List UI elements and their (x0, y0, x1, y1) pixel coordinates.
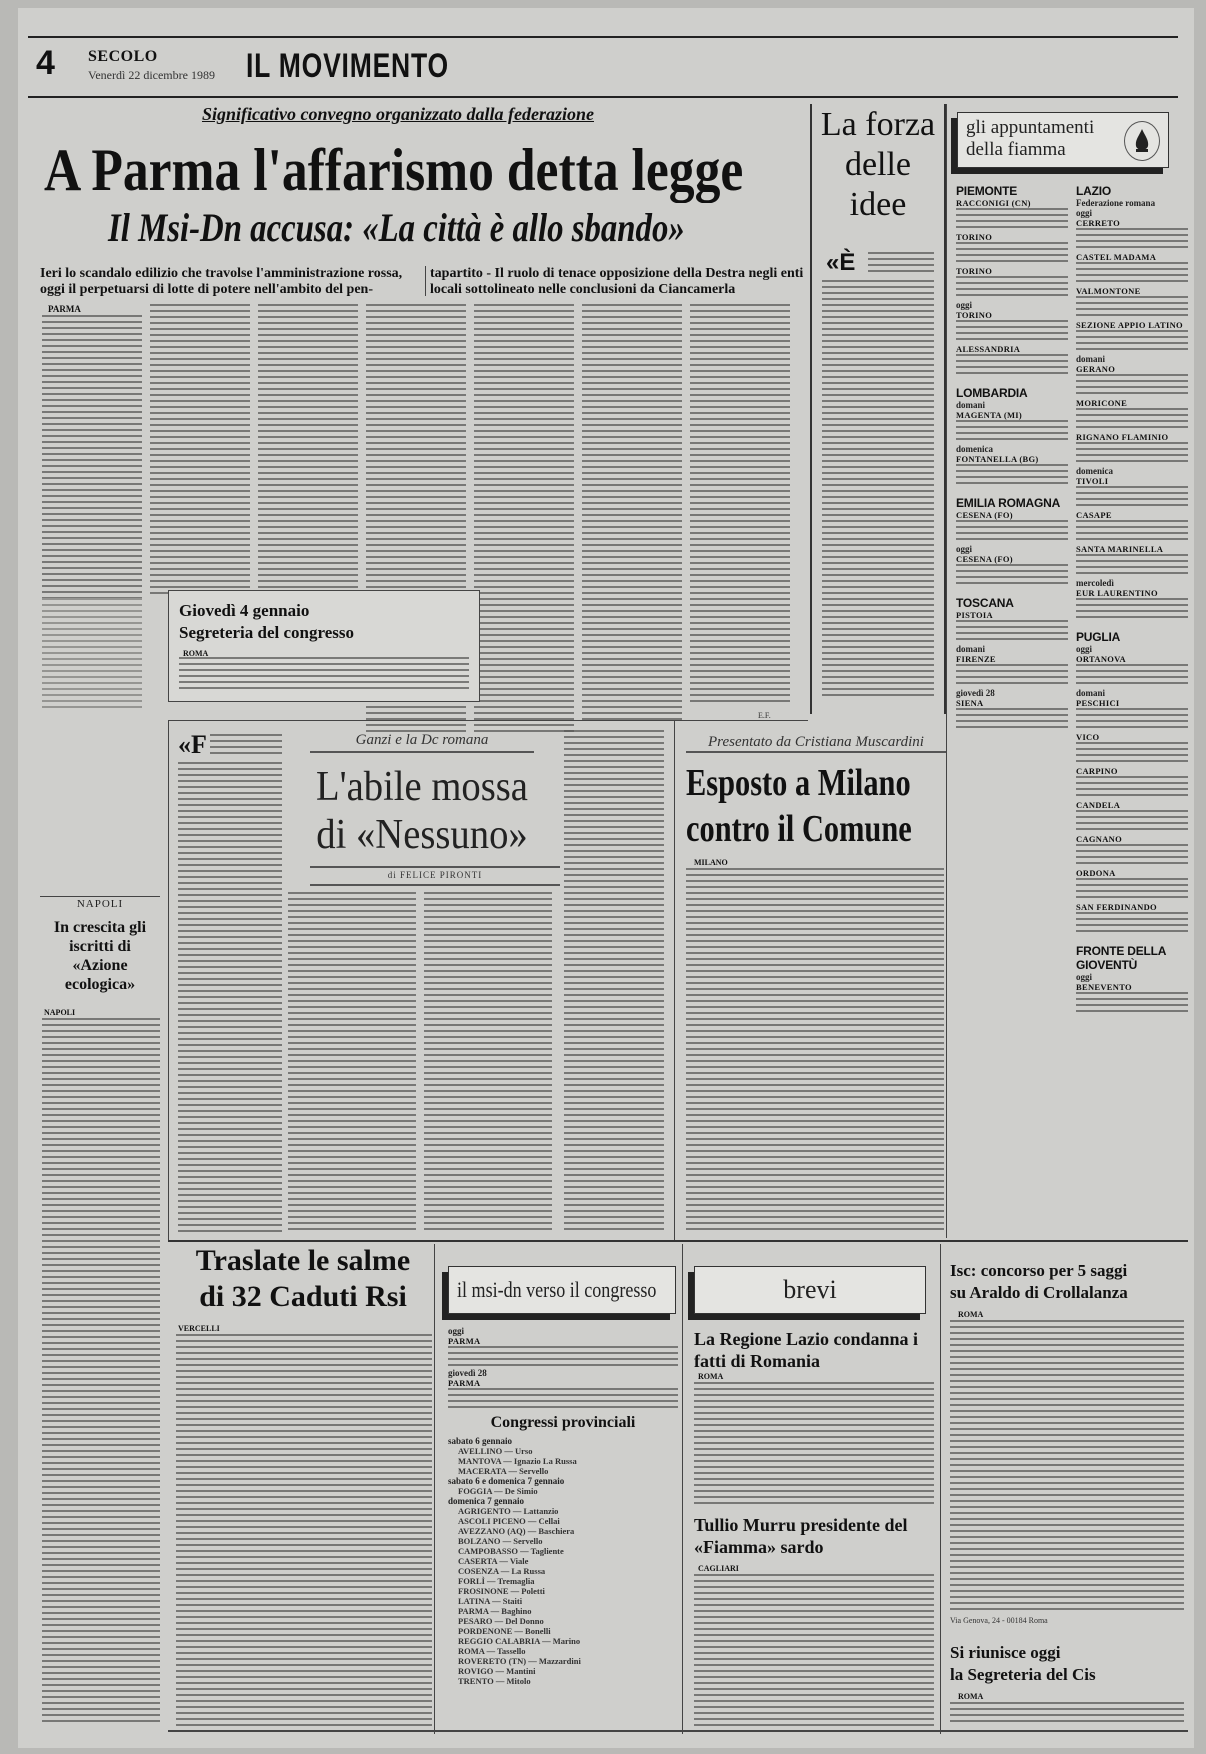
rsi-body (176, 1334, 432, 1726)
appointment-day: domani (1076, 354, 1188, 364)
feature-body-col-1 (178, 762, 282, 1232)
appointment-city: CAGNANO (1076, 834, 1122, 844)
provincial-entry: CASERTA — Viale (448, 1556, 678, 1566)
appointment-body (1076, 296, 1188, 320)
isc-dateline: ROMA (958, 1310, 983, 1319)
appointment-city: MORICONE (1076, 398, 1127, 408)
feature-body-col-3 (424, 892, 552, 1232)
lead-headline: A Parma l'affarismo detta legge (44, 138, 743, 202)
editorial-body (822, 280, 934, 700)
page-number: 4 (36, 46, 55, 80)
lead-body-col-2 (150, 304, 250, 598)
appointment-body (956, 620, 1068, 644)
editorial-column: La forza delle idee «È (810, 104, 946, 714)
appointments-right-list: LAZIOFederazione romanaoggiCERRETOCASTEL… (1076, 184, 1188, 1016)
provincial-list: sabato 6 gennaioAVELLINO — UrsoMANTOVA —… (448, 1436, 678, 1686)
appointment-entry: SEZIONE APPIO LATINO (1076, 320, 1188, 354)
lead-subheadline: Il Msi-Dn accusa: «La città è allo sband… (108, 206, 685, 250)
provincial-entry: MANTOVA — Ignazio La Russa (448, 1456, 678, 1466)
isc-headline-2: su Araldo di Crollalanza (950, 1282, 1128, 1303)
provincial-entry: REGGIO CALABRIA — Marino (448, 1636, 678, 1646)
appointment-city: ALESSANDRIA (956, 344, 1020, 354)
appointment-day: domani (956, 400, 1068, 410)
provincial-entry: PORDENONE — Bonelli (448, 1626, 678, 1636)
appointment-city: RACCONIGI (CN) (956, 198, 1031, 208)
feature-headline-2: di «Nessuno» (299, 812, 546, 858)
provincial-title: Congressi provinciali (448, 1414, 678, 1432)
appointment-body (1076, 442, 1188, 466)
appointment-subregion: Federazione romana (1076, 198, 1188, 208)
appointment-body (956, 208, 1068, 232)
provincial-entry: ROVIGO — Mantini (448, 1666, 678, 1676)
appointment-city: FONTANELLA (BG) (956, 454, 1039, 464)
appointment-day: oggi (956, 300, 1068, 310)
provincial-entry: PESARO — Del Donno (448, 1616, 678, 1626)
lead-body-col-3 (258, 304, 358, 598)
appointment-city: ORDONA (1076, 868, 1116, 878)
congress-header: il msi-dn verso il congresso (448, 1266, 676, 1314)
appointment-body (1076, 810, 1188, 834)
appointment-city: SIENA (956, 698, 983, 708)
appointment-entry: FONTANELLA (BG) (956, 454, 1068, 488)
masthead-bottom-rule (28, 96, 1178, 98)
brevi-item-1-dateline: ROMA (698, 1372, 723, 1381)
appointment-entry: ORTANOVA (1076, 654, 1188, 688)
appointment-day: domenica (1076, 466, 1188, 476)
appointment-day: domenica (956, 444, 1068, 454)
appointment-body (1076, 554, 1188, 578)
provincial-entry: ASCOLI PICENO — Cellai (448, 1516, 678, 1526)
masthead-top-rule (28, 36, 1178, 38)
appointment-entry: CERRETO (1076, 218, 1188, 252)
lead-body-col-6 (582, 304, 682, 724)
appointment-city: SAN FERDINANDO (1076, 902, 1157, 912)
editorial-dropcap: «È (826, 250, 855, 276)
appointment-city: EUR LAURENTINO (1076, 588, 1158, 598)
appointment-entry: TORINO (956, 266, 1068, 300)
appointment-city: CASAPE (1076, 510, 1112, 520)
appointment-body (956, 708, 1068, 732)
appointment-region: LOMBARDIA (956, 386, 1068, 400)
provincial-date: sabato 6 e domenica 7 gennaio (448, 1476, 678, 1486)
appointment-entry: CESENA (FO) (956, 510, 1068, 544)
appointment-body (1076, 878, 1188, 902)
appointment-body (1076, 598, 1188, 622)
appointment-entry: FIRENZE (956, 654, 1068, 688)
appointment-entry: CAGNANO (1076, 834, 1188, 868)
appointment-entry: TIVOLI (1076, 476, 1188, 510)
provincial-entry: COSENZA — La Russa (448, 1566, 678, 1576)
appointment-day: oggi (1076, 972, 1188, 982)
appointment-body (1076, 708, 1188, 732)
appointment-entry: ORDONA (1076, 868, 1188, 902)
lead-signature: E.F. (758, 711, 771, 720)
appointment-city: FIRENZE (956, 654, 996, 664)
appointment-entry: TORINO (956, 232, 1068, 266)
newspaper-page: 4 SECOLO Venerdì 22 dicembre 1989 IL MOV… (18, 8, 1194, 1748)
congress-day: giovedì 28 (448, 1368, 678, 1378)
provincial-date: sabato 6 gennaio (448, 1436, 678, 1446)
appointment-city: MAGENTA (MI) (956, 410, 1022, 420)
provincial-entry: AGRIGENTO — Lattanzio (448, 1506, 678, 1516)
inset-headline-1: Giovedì 4 gennaio (179, 601, 309, 621)
provincial-entry: FROSINONE — Poletti (448, 1586, 678, 1596)
appointment-body (1076, 742, 1188, 766)
appointment-city: TORINO (956, 266, 992, 276)
appointment-entry: CANDELA (1076, 800, 1188, 834)
appointment-body (1076, 992, 1188, 1016)
milan-body (686, 868, 944, 1232)
appointment-entry: TORINO (956, 310, 1068, 344)
provincial-entry: AVELLINO — Urso (448, 1446, 678, 1456)
appointment-region: PUGLIA (1076, 630, 1188, 644)
appointment-city: ORTANOVA (1076, 654, 1126, 664)
isc-headline-1: Isc: concorso per 5 saggi (950, 1260, 1127, 1281)
appointment-region: FRONTE DELLA GIOVENTÙ (1076, 944, 1188, 972)
brevi-title: brevi (695, 1275, 925, 1305)
brevi-header: brevi (694, 1266, 926, 1314)
appointment-city: CERRETO (1076, 218, 1120, 228)
appointments-title-2: della fiamma (966, 139, 1066, 161)
appointment-body (1076, 486, 1188, 510)
naples-body (42, 1018, 160, 1726)
provincial-entry: MACERATA — Servello (448, 1466, 678, 1476)
appointment-entry: SANTA MARINELLA (1076, 544, 1188, 578)
editorial-headline-1: La forza (812, 106, 944, 144)
appointment-body (956, 564, 1068, 588)
appointment-city: SANTA MARINELLA (1076, 544, 1163, 554)
appointments-title-1: gli appuntamenti (966, 117, 1094, 139)
feature-body-col-2 (288, 892, 416, 1232)
appointment-day: oggi (1076, 644, 1188, 654)
appointment-body (956, 242, 1068, 266)
appointment-day: domani (956, 644, 1068, 654)
appointments-header: gli appuntamenti della fiamma (957, 112, 1169, 168)
appointment-city: GERANO (1076, 364, 1115, 374)
appointment-body (1076, 228, 1188, 252)
appointment-entry: CASAPE (1076, 510, 1188, 544)
appointment-body (1076, 776, 1188, 800)
congress-body (448, 1346, 678, 1368)
provincial-entry: TRENTO — Mitolo (448, 1676, 678, 1686)
appointment-entry: SAN FERDINANDO (1076, 902, 1188, 936)
issue-date: Venerdì 22 dicembre 1989 (88, 68, 215, 83)
congress-entry: PARMA (448, 1378, 678, 1410)
appointment-entry: EUR LAURENTINO (1076, 588, 1188, 622)
feature-body-col-4 (564, 730, 664, 1232)
appointment-city: CESENA (FO) (956, 510, 1013, 520)
appointment-city: VALMONTONE (1076, 286, 1141, 296)
brevi-item-1-headline: La Regione Lazio condanna i fatti di Rom… (694, 1328, 934, 1372)
lead-body-col-7 (690, 304, 790, 704)
rsi-headline-1: Traslate le salme (168, 1244, 438, 1278)
lead-deck-right: tapartito - Il ruolo di tenace opposizio… (430, 266, 810, 298)
appointment-region: EMILIA ROMAGNA (956, 496, 1068, 510)
appointment-city: PESCHICI (1076, 698, 1120, 708)
flame-logo-icon (1124, 121, 1160, 161)
congress-day: oggi (448, 1326, 678, 1336)
appointment-body (956, 320, 1068, 344)
appointment-body (956, 276, 1068, 300)
appointment-region: TOSCANA (956, 596, 1068, 610)
brevi-item-1-body (694, 1382, 934, 1508)
appointment-city: SEZIONE APPIO LATINO (1076, 320, 1183, 330)
appointment-entry: MAGENTA (MI) (956, 410, 1068, 444)
lead-body-col-1 (42, 315, 142, 598)
appointment-entry: BENEVENTO (1076, 982, 1188, 1016)
provincial-entry: AVEZZANO (AQ) — Baschiera (448, 1526, 678, 1536)
appointment-region: PIEMONTE (956, 184, 1068, 198)
provincial-entry: ROMA — Tassello (448, 1646, 678, 1656)
appointment-entry: CESENA (FO) (956, 554, 1068, 588)
appointment-city: TORINO (956, 232, 992, 242)
brevi-item-2-body (694, 1574, 934, 1726)
milan-headline-1: Esposto a Milano (686, 762, 911, 804)
congress-body (448, 1388, 678, 1410)
appointment-city: RIGNANO FLAMINIO (1076, 432, 1168, 442)
congress-entry: PARMA (448, 1336, 678, 1368)
feature-kicker: Ganzi e la Dc romana (310, 732, 534, 753)
provincial-entry: LATINA — Staiti (448, 1596, 678, 1606)
appointment-body (956, 464, 1068, 488)
feature-byline: di FELICE PIRONTI (310, 870, 560, 880)
appointment-entry: CARPINO (1076, 766, 1188, 800)
milan-kicker: Presentato da Cristiana Muscardini (686, 734, 946, 753)
brevi-item-2-headline: Tullio Murru presidente del «Fiamma» sar… (694, 1514, 934, 1558)
appointment-entry: GERANO (1076, 364, 1188, 398)
appointment-body (1076, 262, 1188, 286)
editorial-headline-3: idee (812, 186, 944, 224)
provincial-date: domenica 7 gennaio (448, 1496, 678, 1506)
provincial-entry: FORLÌ — Tremaglia (448, 1576, 678, 1586)
appointment-entry: PISTOIA (956, 610, 1068, 644)
lead-dateline: PARMA (48, 304, 81, 314)
appointment-entry: ALESSANDRIA (956, 344, 1068, 378)
editorial-headline-2: delle (812, 146, 944, 184)
appointment-body (1076, 844, 1188, 868)
feature-headline-1: L'abile mossa (299, 764, 546, 810)
appointment-day: mercoledì (1076, 578, 1188, 588)
isc-body (950, 1320, 1184, 1612)
appointment-entry: RIGNANO FLAMINIO (1076, 432, 1188, 466)
congress-city: PARMA (448, 1336, 481, 1346)
appointment-body (956, 664, 1068, 688)
appointment-body (956, 520, 1068, 544)
provincial-entry: ROVERETO (TN) — Mazzardini (448, 1656, 678, 1666)
paper-name: SECOLO (88, 48, 158, 66)
cis-headline-2: la Segreteria del Cis (950, 1664, 1096, 1685)
lead-body-col-5 (474, 304, 574, 734)
appointment-city: BENEVENTO (1076, 982, 1132, 992)
appointment-entry: RACCONIGI (CN) (956, 198, 1068, 232)
appointment-body (1076, 408, 1188, 432)
provincial-entry: BOLZANO — Servello (448, 1536, 678, 1546)
cis-headline-1: Si riunisce oggi (950, 1642, 1061, 1663)
isc-address: Via Genova, 24 - 00184 Roma (950, 1616, 1048, 1625)
milan-headline-2: contro il Comune (686, 808, 912, 850)
appointment-day: oggi (1076, 208, 1188, 218)
appointment-body (1076, 664, 1188, 688)
naples-dateline: NAPOLI (44, 1008, 75, 1017)
appointment-region: LAZIO (1076, 184, 1188, 198)
milan-dateline: MILANO (694, 858, 728, 867)
provincial-entry: CAMPOBASSO — Tagliente (448, 1546, 678, 1556)
appointment-day: oggi (956, 544, 1068, 554)
lead-kicker: Significativo convegno organizzato dalla… (198, 104, 598, 125)
appointment-city: CESENA (FO) (956, 554, 1013, 564)
appointment-body (1076, 374, 1188, 398)
congress-items: oggiPARMAgiovedì 28PARMA (448, 1326, 678, 1410)
inset-headline-2: Segreteria del congresso (179, 623, 354, 643)
lead-deck-left: Ieri lo scandalo edilizio che travolse l… (40, 266, 420, 298)
appointment-entry: CASTEL MADAMA (1076, 252, 1188, 286)
inset-box: Giovedì 4 gennaio Segreteria del congres… (168, 590, 480, 702)
appointment-body (1076, 330, 1188, 354)
appointment-entry: VALMONTONE (1076, 286, 1188, 320)
appointment-city: PISTOIA (956, 610, 993, 620)
appointment-city: CANDELA (1076, 800, 1120, 810)
provincial-entry: FOGGIA — De Simio (448, 1486, 678, 1496)
appointment-day: giovedì 28 (956, 688, 1068, 698)
appointment-body (1076, 912, 1188, 936)
appointment-body (1076, 520, 1188, 544)
feature-dropcap: «F (178, 730, 207, 760)
appointment-city: CARPINO (1076, 766, 1118, 776)
brevi-item-2-dateline: CAGLIARI (698, 1564, 739, 1573)
appointment-body (956, 354, 1068, 378)
appointment-city: TIVOLI (1076, 476, 1108, 486)
cis-dateline: ROMA (958, 1692, 983, 1701)
appointment-city: VICO (1076, 732, 1099, 742)
appointments-left-list: PIEMONTERACCONIGI (CN)TORINOTORINOoggiTO… (956, 184, 1068, 732)
appointment-city: TORINO (956, 310, 992, 320)
appointment-body (956, 420, 1068, 444)
appointment-entry: VICO (1076, 732, 1188, 766)
congress-title: il msi-dn verso il congresso (457, 1277, 656, 1303)
appointment-city: CASTEL MADAMA (1076, 252, 1156, 262)
naples-headline: In crescita gli iscritti di «Azione ecol… (46, 918, 154, 994)
congress-city: PARMA (448, 1378, 481, 1388)
appointment-entry: PESCHICI (1076, 698, 1188, 732)
section-title: IL MOVIMENTO (246, 48, 449, 84)
appointment-entry: SIENA (956, 698, 1068, 732)
naples-label: NAPOLI (40, 898, 160, 910)
rsi-headline-2: di 32 Caduti Rsi (168, 1280, 438, 1314)
appointment-entry: MORICONE (1076, 398, 1188, 432)
rsi-dateline: VERCELLI (178, 1324, 220, 1333)
cis-body (950, 1702, 1184, 1726)
appointment-day: domani (1076, 688, 1188, 698)
provincial-entry: PARMA — Baghino (448, 1606, 678, 1616)
